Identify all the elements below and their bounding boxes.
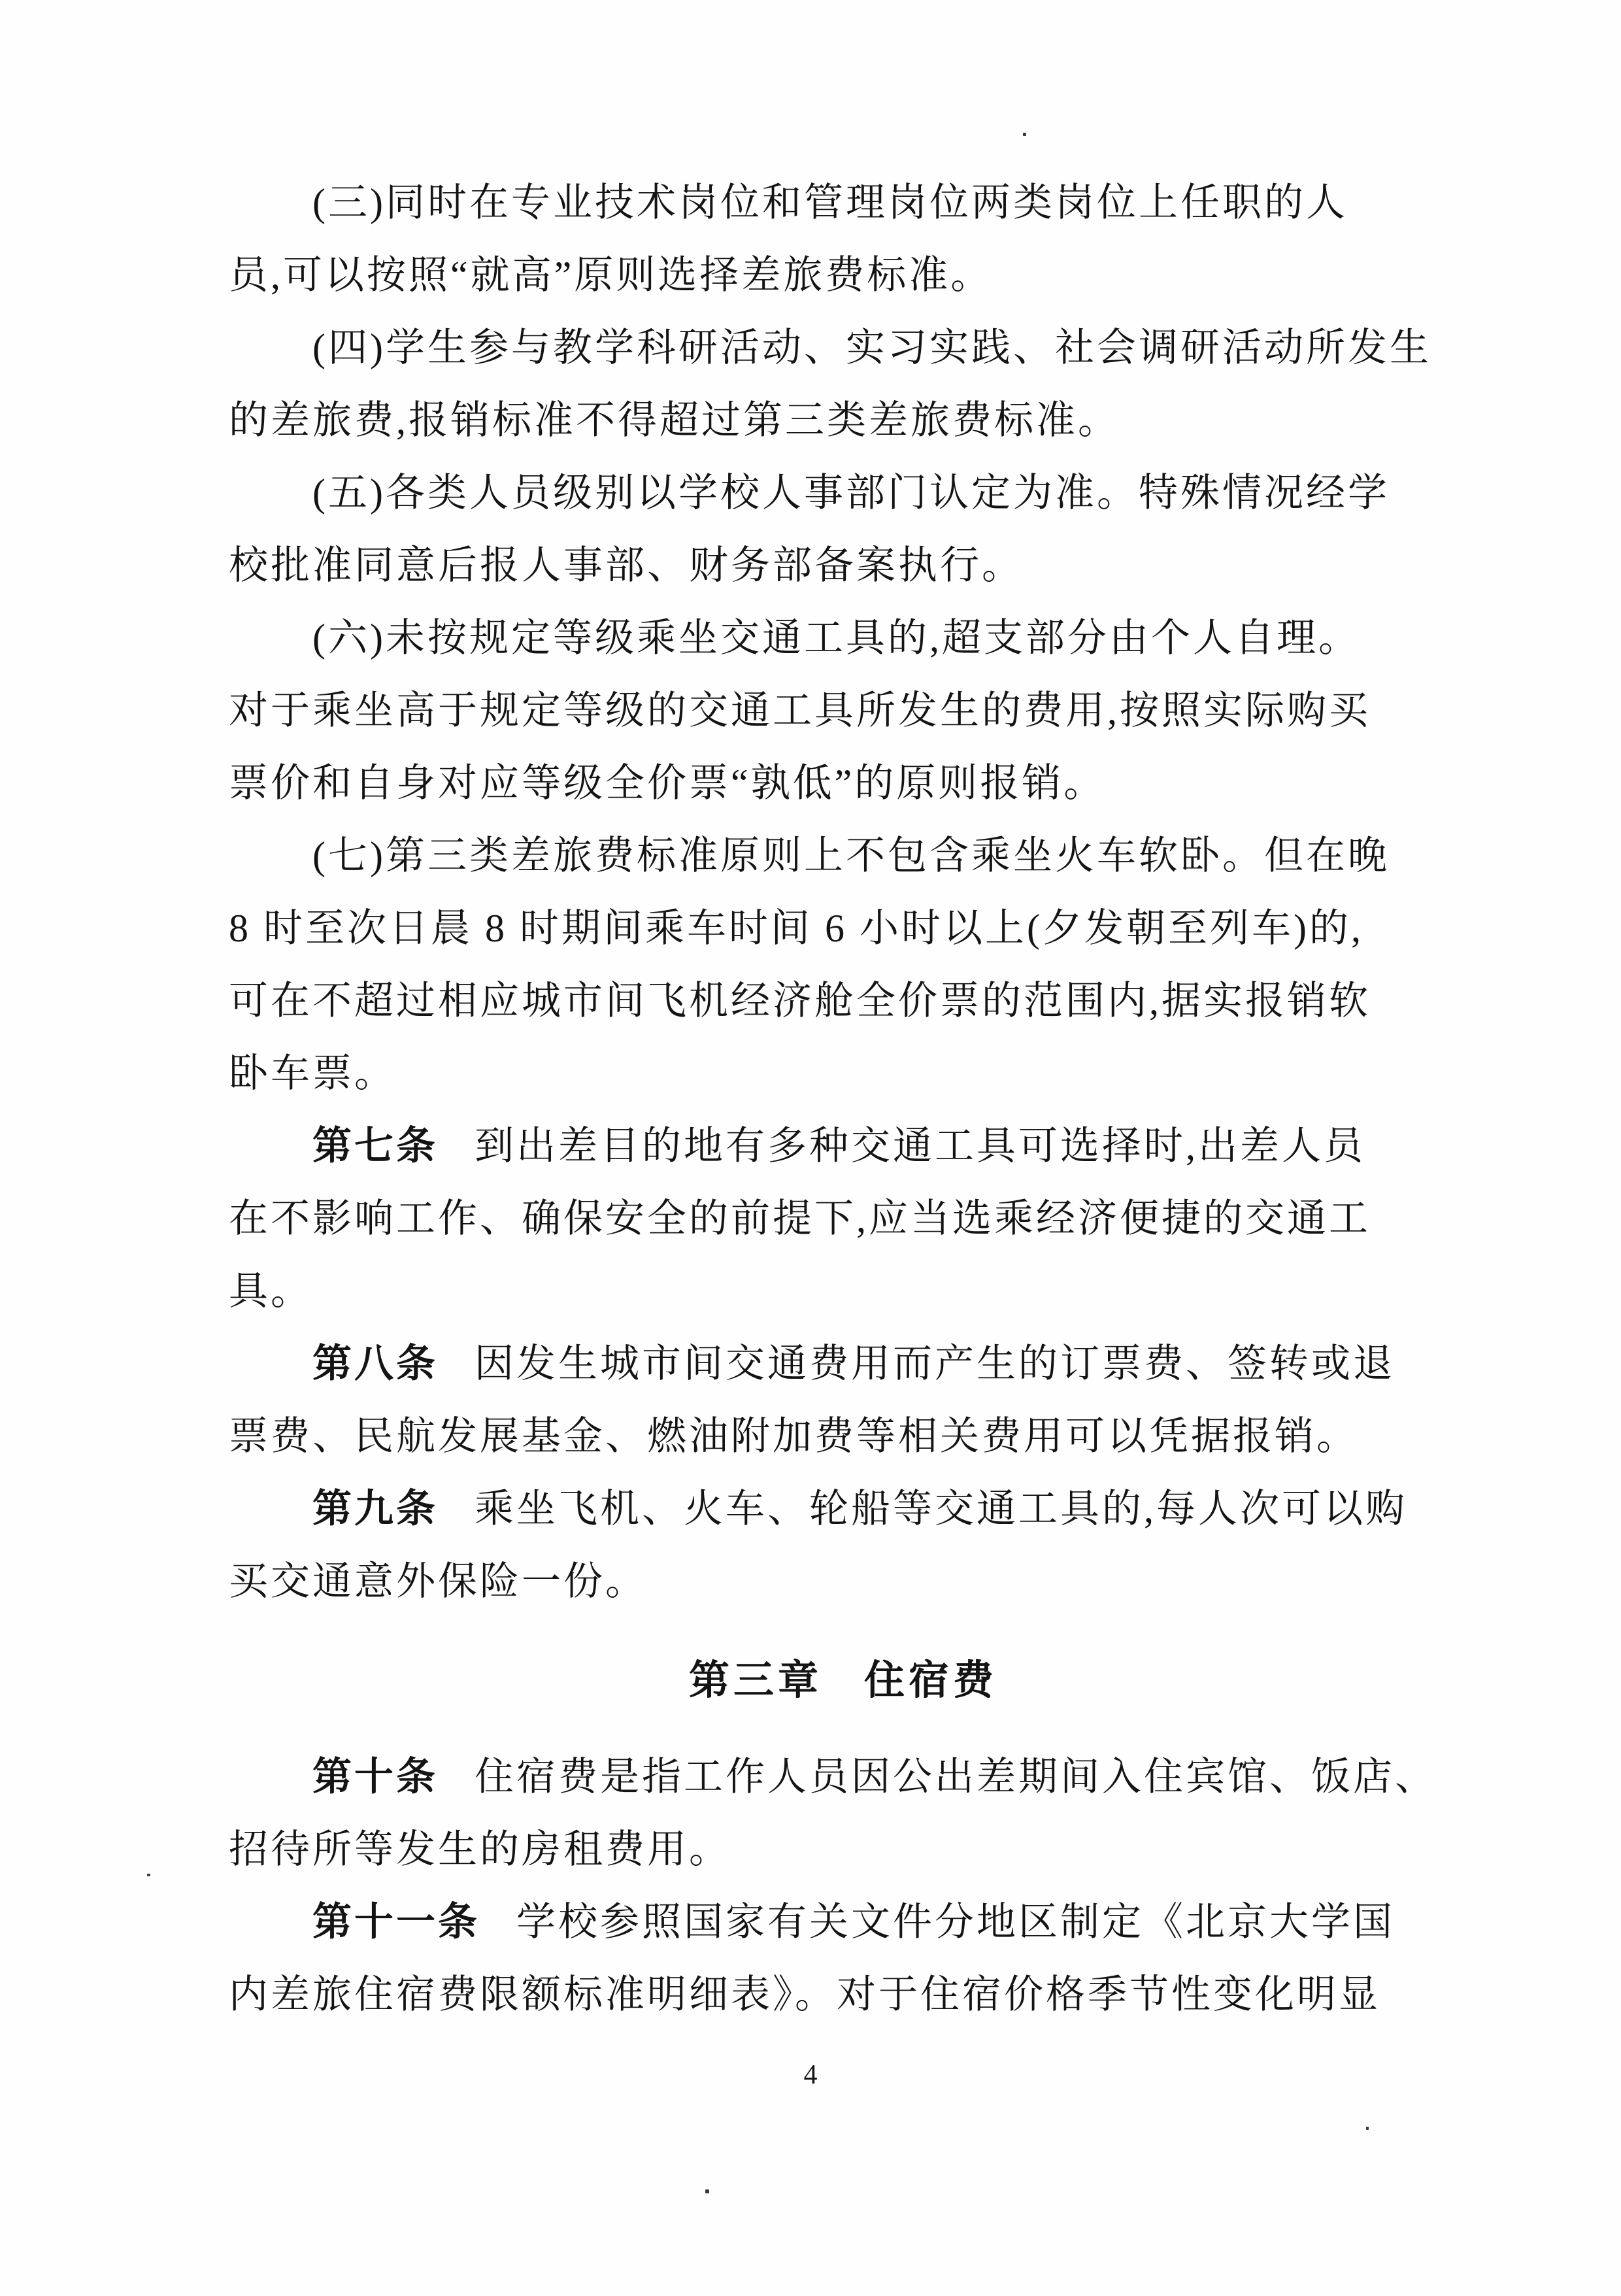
text-line: 8 时至次日晨 8 时期间乘车时间 6 小时以上(夕发朝至列车)的,: [229, 892, 1458, 965]
text-line: 可在不超过相应城市间飞机经济舱全价票的范围内,据实报销软: [229, 965, 1458, 1038]
article-text: 乘坐飞机、火车、轮船等交通工具的,每人次可以购: [475, 1487, 1407, 1530]
document-body: (三)同时在专业技术岗位和管理岗位两类岗位上任职的人 员,可以按照“就高”原则选…: [229, 167, 1458, 2031]
text-line: 招待所等发生的房租费用。: [229, 1814, 1458, 1886]
article-number: 第七条: [312, 1124, 438, 1168]
scan-artifact-dot: [147, 1874, 150, 1876]
text-line: 校批准同意后报人事部、财务部备案执行。: [229, 530, 1458, 602]
paragraph-first-line: (五)各类人员级别以学校人事部门认定为准。特殊情况经学: [229, 457, 1458, 530]
paragraph-first-line: (七)第三类差旅费标准原则上不包含乘坐火车软卧。但在晚: [229, 820, 1458, 892]
text-line: 票价和自身对应等级全价票“孰低”的原则报销。: [229, 747, 1458, 820]
text-line: 对于乘坐高于规定等级的交通工具所发生的费用,按照实际购买: [229, 675, 1458, 747]
paragraph-first-line: (六)未按规定等级乘坐交通工具的,超支部分由个人自理。: [229, 602, 1458, 675]
article-text: 住宿费是指工作人员因公出差期间入住宾馆、饭店、: [475, 1755, 1437, 1798]
paragraph-first-line: (三)同时在专业技术岗位和管理岗位两类岗位上任职的人: [229, 167, 1458, 239]
article-number: 第十一条: [312, 1900, 480, 1944]
paragraph-first-line: 第十条住宿费是指工作人员因公出差期间入住宾馆、饭店、: [229, 1741, 1458, 1814]
text-line: 的差旅费,报销标准不得超过第三类差旅费标准。: [229, 384, 1458, 457]
article-number: 第十条: [312, 1755, 438, 1798]
text-line: 具。: [229, 1255, 1458, 1328]
chapter-number: 第三章: [689, 1659, 822, 1703]
document-page: (三)同时在专业技术岗位和管理岗位两类岗位上任职的人 员,可以按照“就高”原则选…: [0, 0, 1621, 2296]
article-text: 因发生城市间交通费用而产生的订票费、签转或退: [475, 1342, 1395, 1385]
paragraph-first-line: 第九条乘坐飞机、火车、轮船等交通工具的,每人次可以购: [229, 1473, 1458, 1545]
article-number: 第八条: [312, 1342, 438, 1385]
article-text: 学校参照国家有关文件分地区制定《北京大学国: [516, 1900, 1395, 1944]
text-line: 内差旅住宿费限额标准明细表》。对于住宿价格季节性变化明显: [229, 1959, 1458, 2031]
paragraph-first-line: 第十一条学校参照国家有关文件分地区制定《北京大学国: [229, 1886, 1458, 1959]
paragraph-first-line: (四)学生参与教学科研活动、实习实践、社会调研活动所发生: [229, 312, 1458, 384]
paragraph-first-line: 第八条因发生城市间交通费用而产生的订票费、签转或退: [229, 1328, 1458, 1400]
chapter-heading: 第三章住宿费: [229, 1645, 1458, 1717]
text-line: 票费、民航发展基金、燃油附加费等相关费用可以凭据报销。: [229, 1400, 1458, 1473]
text-line: 员,可以按照“就高”原则选择差旅费标准。: [229, 239, 1458, 312]
text-line: 在不影响工作、确保安全的前提下,应当选乘经济便捷的交通工: [229, 1183, 1458, 1255]
scan-artifact-dot: [1023, 133, 1026, 136]
scan-artifact-dot: [705, 2189, 709, 2193]
article-text: 到出差目的地有多种交通工具可选择时,出差人员: [475, 1124, 1365, 1168]
article-number: 第九条: [312, 1487, 438, 1530]
page-number: 4: [0, 2059, 1621, 2091]
scan-artifact-dot: [1366, 2127, 1369, 2130]
text-line: 卧车票。: [229, 1038, 1458, 1110]
text-line: 买交通意外保险一份。: [229, 1545, 1458, 1618]
paragraph-first-line: 第七条到出差目的地有多种交通工具可选择时,出差人员: [229, 1110, 1458, 1183]
chapter-title: 住宿费: [864, 1659, 997, 1703]
